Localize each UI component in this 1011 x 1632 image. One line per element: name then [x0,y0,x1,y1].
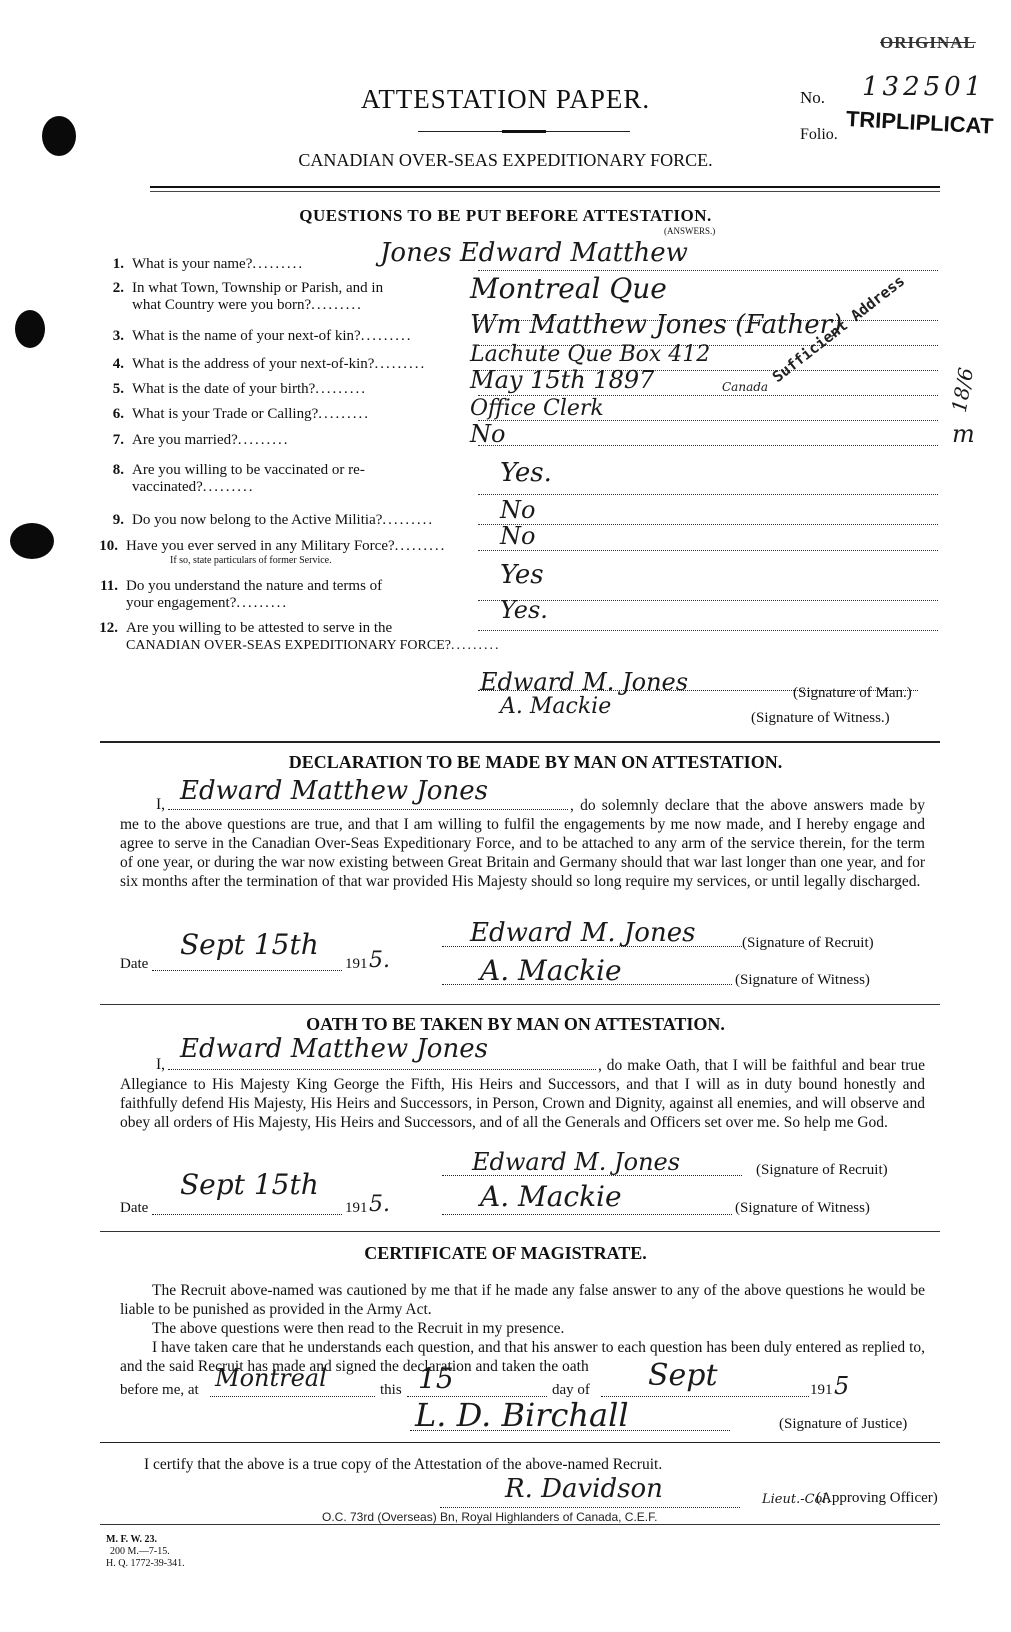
answer-7: No [470,420,505,448]
question-text: vaccinated?......... [96,479,365,496]
oath-witness-signature: A. Mackie [480,1180,622,1213]
question-number: 9. [96,512,124,529]
oath-text: , do make Oath, that I will be faithful … [120,1056,925,1132]
signature-man: Edward M. Jones [480,668,688,696]
oath-body: , do make Oath, that I will be faithful … [120,1057,925,1131]
magistrate-year-suffix: 5 [834,1372,849,1400]
question-item: 6.What is your Trade or Calling?........… [96,406,370,423]
question-number: 1. [96,256,124,273]
question-text: 4.What is the address of your next-of-ki… [96,356,426,373]
approving-officer-label: (Approving Officer) [816,1490,938,1507]
declaration-date-label: Date [120,956,148,973]
oath-recruit-signature: Edward M. Jones [472,1148,680,1176]
question-number: 10. [90,538,118,555]
question-number: 2. [96,280,124,297]
punch-hole-mark [15,310,45,348]
number-label: No. [800,88,825,108]
answers-label: (ANSWERS.) [664,226,715,236]
section-rule [100,1442,940,1443]
question-text: 5.What is the date of your birth?.......… [96,381,367,398]
answer-10: No [500,522,535,550]
question-text: CANADIAN OVER-SEAS EXPEDITIONARY FORCE?.… [90,637,500,654]
signature-man-label: (Signature of Man.) [793,685,912,702]
magistrate-para-2: The above questions were then read to th… [120,1319,925,1338]
oath-year-suffix: 5. [369,1192,390,1217]
answer-12: Yes. [500,596,548,624]
question-subtext: If so, state particulars of former Servi… [90,555,446,567]
answer-line [478,630,938,631]
document-subtitle: CANADIAN OVER-SEAS EXPEDITIONARY FORCE. [0,150,1011,171]
answer-1: Jones Edward Matthew [380,238,688,268]
declaration-recruit-label: (Signature of Recruit) [742,935,874,952]
declaration-date-line [152,970,342,971]
questions-heading: QUESTIONS TO BE PUT BEFORE ATTESTATION. [0,206,1011,226]
declaration-date: Sept 15th [180,928,319,961]
oath-date-line [152,1214,342,1215]
answer-11: Yes [500,560,544,590]
declaration-year-prefix: 191 [345,956,368,973]
question-item: 12.Are you willing to be attested to ser… [90,620,500,654]
question-number: 3. [96,328,124,345]
question-number: 7. [96,432,124,449]
question-number: 6. [96,406,124,423]
question-item: 7.Are you married?......... [96,432,290,449]
question-text: 7.Are you married?......... [96,432,290,449]
declaration-text: , do solemnly declare that the above ans… [120,796,925,891]
attestation-month: Sept [648,1358,718,1393]
question-number: 11. [90,578,118,595]
justice-signature: L. D. Birchall [415,1396,629,1434]
oath-witness-label: (Signature of Witness) [735,1200,870,1217]
officer-unit: O.C. 73rd (Overseas) Bn, Royal Highlande… [322,1510,657,1524]
oath-recruit-label: (Signature of Recruit) [756,1162,888,1179]
officer-signature: R. Davidson [505,1474,663,1504]
declaration-witness-signature: A. Mackie [480,954,622,987]
signature-witness: A. Mackie [500,694,611,719]
certification-text: I certify that the above is a true copy … [144,1456,662,1474]
question-text: 11.Do you understand the nature and term… [90,578,382,595]
section-rule [100,1004,940,1005]
margin-note: 18/6 [947,366,978,414]
answer-6: Office Clerk [470,396,604,421]
oath-year-prefix: 191 [345,1200,368,1217]
question-number: 12. [90,620,118,637]
question-item: 11.Do you understand the nature and term… [90,578,382,612]
place-line [210,1396,375,1397]
answer-line [478,550,938,551]
signature-witness-label: (Signature of Witness.) [751,710,890,727]
hq-reference: H. Q. 1772-39-341. [106,1558,185,1570]
question-text: 1.What is your name?......... [96,256,304,273]
question-item: 1.What is your name?......... [96,256,304,273]
question-text: 3.What is the name of your next-of kin?.… [96,328,412,345]
question-text: 12.Are you willing to be attested to ser… [90,620,500,637]
question-text: 6.What is your Trade or Calling?........… [96,406,370,423]
header-rule [150,186,940,188]
declaration-year-suffix: 5. [369,948,390,973]
question-text: 8.Are you willing to be vaccinated or re… [96,462,365,479]
question-text: 9.Do you now belong to the Active Militi… [96,512,434,529]
question-item: 4.What is the address of your next-of-ki… [96,356,426,373]
answer-5: May 15th 1897 [470,366,654,394]
answer-4: Lachute Que Box 412 [470,342,710,367]
question-item: 10.Have you ever served in any Military … [90,538,446,567]
this-label: this [380,1382,402,1399]
declaration-heading: DECLARATION TO BE MADE BY MAN ON ATTESTA… [0,752,1011,773]
header-rule-thin [150,191,940,192]
question-text: 2.In what Town, Township or Parish, and … [96,280,383,297]
question-number: 4. [96,356,124,373]
answer-2: Montreal Que [470,272,667,305]
punch-hole-mark [10,523,54,559]
print-run: 200 M.—7-15. [106,1546,185,1558]
before-me-label: before me, at [120,1382,199,1399]
declaration-body: , do solemnly declare that the above ans… [120,797,925,890]
question-item: 8.Are you willing to be vaccinated or re… [96,462,365,496]
attestation-day: 15 [418,1362,454,1395]
oath-date-label: Date [120,1200,148,1217]
officer-sig-line [440,1507,740,1508]
magistrate-para-1: The Recruit above-named was cautioned by… [120,1281,925,1319]
regimental-number: 132501 [862,72,985,102]
question-item: 3.What is the name of your next-of kin?.… [96,328,412,345]
question-item: 9.Do you now belong to the Active Militi… [96,512,434,529]
unit-rule [100,1524,940,1525]
question-number: 5. [96,381,124,398]
form-footer: M. F. W. 23. 200 M.—7-15. H. Q. 1772-39-… [106,1534,185,1570]
answer-9: No [500,496,535,524]
question-text: what Country were you born?......... [96,297,383,314]
answer-3: Wm Matthew Jones (Father) [470,310,842,340]
magistrate-heading: CERTIFICATE OF MAGISTRATE. [0,1243,1011,1264]
declaration-witness-label: (Signature of Witness) [735,972,870,989]
answer-line [478,494,938,495]
magistrate-year-prefix: 191 [810,1382,833,1399]
section-rule [100,1231,940,1232]
title-ornament-center [502,130,546,133]
question-item: 5.What is the date of your birth?.......… [96,381,367,398]
folio-label: Folio. [800,126,838,144]
stamp-original: ORIGINAL [880,33,976,53]
question-text: 10.Have you ever served in any Military … [90,538,446,555]
month-line [601,1396,809,1397]
question-item: 2.In what Town, Township or Parish, and … [96,280,383,314]
answer-line [478,445,938,446]
margin-initial: m [952,420,975,448]
oath-witness-sig-line [442,1214,732,1215]
oath-date: Sept 15th [180,1168,319,1201]
answer-8: Yes. [500,458,552,488]
answer-note: Canada [722,380,768,394]
answer-line [478,524,938,525]
answer-line [478,270,938,271]
question-text: your engagement?......... [90,595,382,612]
form-code: M. F. W. 23. [106,1534,185,1546]
declaration-recruit-signature: Edward M. Jones [470,918,695,948]
justice-label: (Signature of Justice) [779,1416,907,1433]
oath-heading: OATH TO BE TAKEN BY MAN ON ATTESTATION. [0,1014,1011,1035]
attestation-place: Montreal [215,1364,327,1392]
question-number: 8. [96,462,124,479]
section-rule [100,741,940,743]
